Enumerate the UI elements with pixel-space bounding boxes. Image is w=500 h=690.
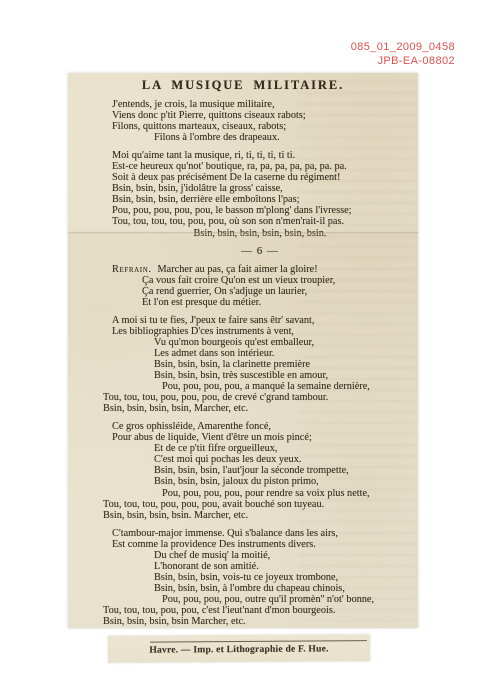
stanza: Moi qu'aime tant la musique, ri, ti, ti,…	[112, 150, 408, 238]
stanza: Ce gros ophissléide, Amarenthe foncé,Pou…	[112, 421, 408, 520]
verse-line: Vu qu'mon bourgeois qu'est emballeur,	[154, 337, 408, 348]
verse-line: Bsin, bsin, bsin, bsin, Marcher, etc.	[103, 403, 408, 414]
refrain-label: Refrain.	[112, 264, 152, 275]
verse-line: Refrain.Marcher au pas, ça fait aimer la…	[112, 264, 408, 275]
verse-line: Et l'on est presque du métier.	[142, 297, 408, 308]
imprint-rule	[150, 640, 367, 643]
verse-line: Bsin, bsin, bsin, la clarinette première	[154, 359, 408, 370]
song-title: LA MUSIQUE MILITAIRE.	[68, 78, 418, 93]
verse-line: Du chef de musiq' la moitié,	[154, 550, 408, 561]
song-sheet: LA MUSIQUE MILITAIRE. J'entends, je croi…	[68, 73, 418, 628]
verse-line: Tou, tou, tou, pou, pou, pou, de crevé c…	[103, 392, 408, 403]
verse-line: Pou, pou, pou, pou, pour rendre sa voix …	[162, 488, 408, 499]
verse-line: Bsin, bsin, bsin, bsin, bsin, bsin.	[112, 228, 408, 239]
stamp-code: JPB-EA-08802	[351, 55, 455, 69]
verse-line: J'entends, je crois, la musique militair…	[112, 99, 408, 110]
verse-line: Pou, pou, pou, pou, outre qu'il promèn''…	[162, 594, 408, 605]
verse-line: Ça vous fait croire Qu'on est un vieux t…	[142, 275, 408, 286]
verse-line: C'est moi qui pochas les deux yeux.	[154, 454, 408, 465]
stanza: J'entends, je crois, la musique militair…	[112, 99, 408, 143]
verse-line: Filons, quittons marteaux, ciseaux, rabo…	[112, 121, 408, 132]
verse-line: Tou, tou, tou, tou, pou, pou, où son son…	[112, 216, 408, 227]
verse-line: Tou, tou, tou, pou, pou, c'est l'ieut'na…	[103, 605, 408, 616]
archive-stamp: 085_01_2009_0458 JPB-EA-08802	[351, 41, 455, 68]
page-number-divider: — 6 —	[112, 246, 408, 257]
verse-line: Tou, tou, tou, pou, pou, pou, avait bouc…	[103, 499, 408, 510]
verse-line: Bsin, bsin, bsin, bsin. Marcher, etc.	[103, 510, 408, 521]
verse-line: Viens donc p'tit Pierre, quittons ciseau…	[112, 110, 408, 121]
verse-line: Soit à deux pas précisément De la casern…	[112, 172, 408, 183]
refrain-stanza: Refrain.Marcher au pas, ça fait aimer la…	[112, 264, 408, 308]
verse-line: Bsin, bsin, bsin, bsin Marcher, etc.	[103, 616, 408, 627]
verse-line: Filons à l'ombre des drapeaux.	[154, 132, 408, 143]
verse-line: Bsin, bsin, bsin, très suscestible en am…	[154, 370, 408, 381]
stanza: C'tambour-major immense. Qui s'balance d…	[112, 528, 408, 627]
verse-line: Bsin, bsin, bsin, à l'ombre du chapeau c…	[154, 583, 408, 594]
verse-line: A moi si tu te fies, J'peux te faire san…	[112, 315, 408, 326]
verse-line: C'tambour-major immense. Qui s'balance d…	[112, 528, 408, 539]
verse-line: Ce gros ophissléide, Amarenthe foncé,	[112, 421, 408, 432]
verse-line: Les bibliographies D'ces instruments à v…	[112, 326, 408, 337]
imprint-strip: Havre. — Imp. et Lithographie de F. Hue.	[108, 634, 370, 663]
stanza: A moi si tu te fies, J'peux te faire san…	[112, 315, 408, 414]
verse-line: Ça rend guerrier, On s'adjuge un laurier…	[142, 286, 408, 297]
verse-line: Bsin, bsin, bsin, derrière elle emboîton…	[112, 194, 408, 205]
verse-line: Pou, pou, pou, pou, a manqué la semaine …	[162, 381, 408, 392]
verse-line: Est comme la providence Des instruments …	[112, 539, 408, 550]
verse-line: L'honorant de son amitié.	[154, 561, 408, 572]
verse-line: Bsin, bsin, bsin, jaloux du piston primo…	[154, 476, 408, 487]
verse-line: Moi qu'aime tant la musique, ri, ti, ti,…	[112, 150, 408, 161]
verse-line: Bsin, bsin, bsin, l'aut'jour la séconde …	[154, 465, 408, 476]
imprint-text: Havre. — Imp. et Lithographie de F. Hue.	[108, 643, 370, 656]
verse-line: Bsin, bsin, bsin, j'idolâtre la gross' c…	[112, 183, 408, 194]
verse-line: Les admet dans son intérieur.	[154, 348, 408, 359]
stamp-id: 085_01_2009_0458	[351, 41, 455, 55]
verse-line: Est-ce heureux qu'not' boutique, ra, pa,…	[112, 161, 408, 172]
verse-line: Pour abus de liquide, Vient d'être un mo…	[112, 432, 408, 443]
verse-container: J'entends, je crois, la musique militair…	[68, 99, 418, 627]
verse-line: Bsin, bsin, bsin, vois-tu ce joyeux trom…	[154, 572, 408, 583]
verse-line: Pou, pou, pou, pou, pou, le basson m'plo…	[112, 205, 408, 216]
verse-line: Et de ce p'tit fifre orgueilleux,	[154, 443, 408, 454]
